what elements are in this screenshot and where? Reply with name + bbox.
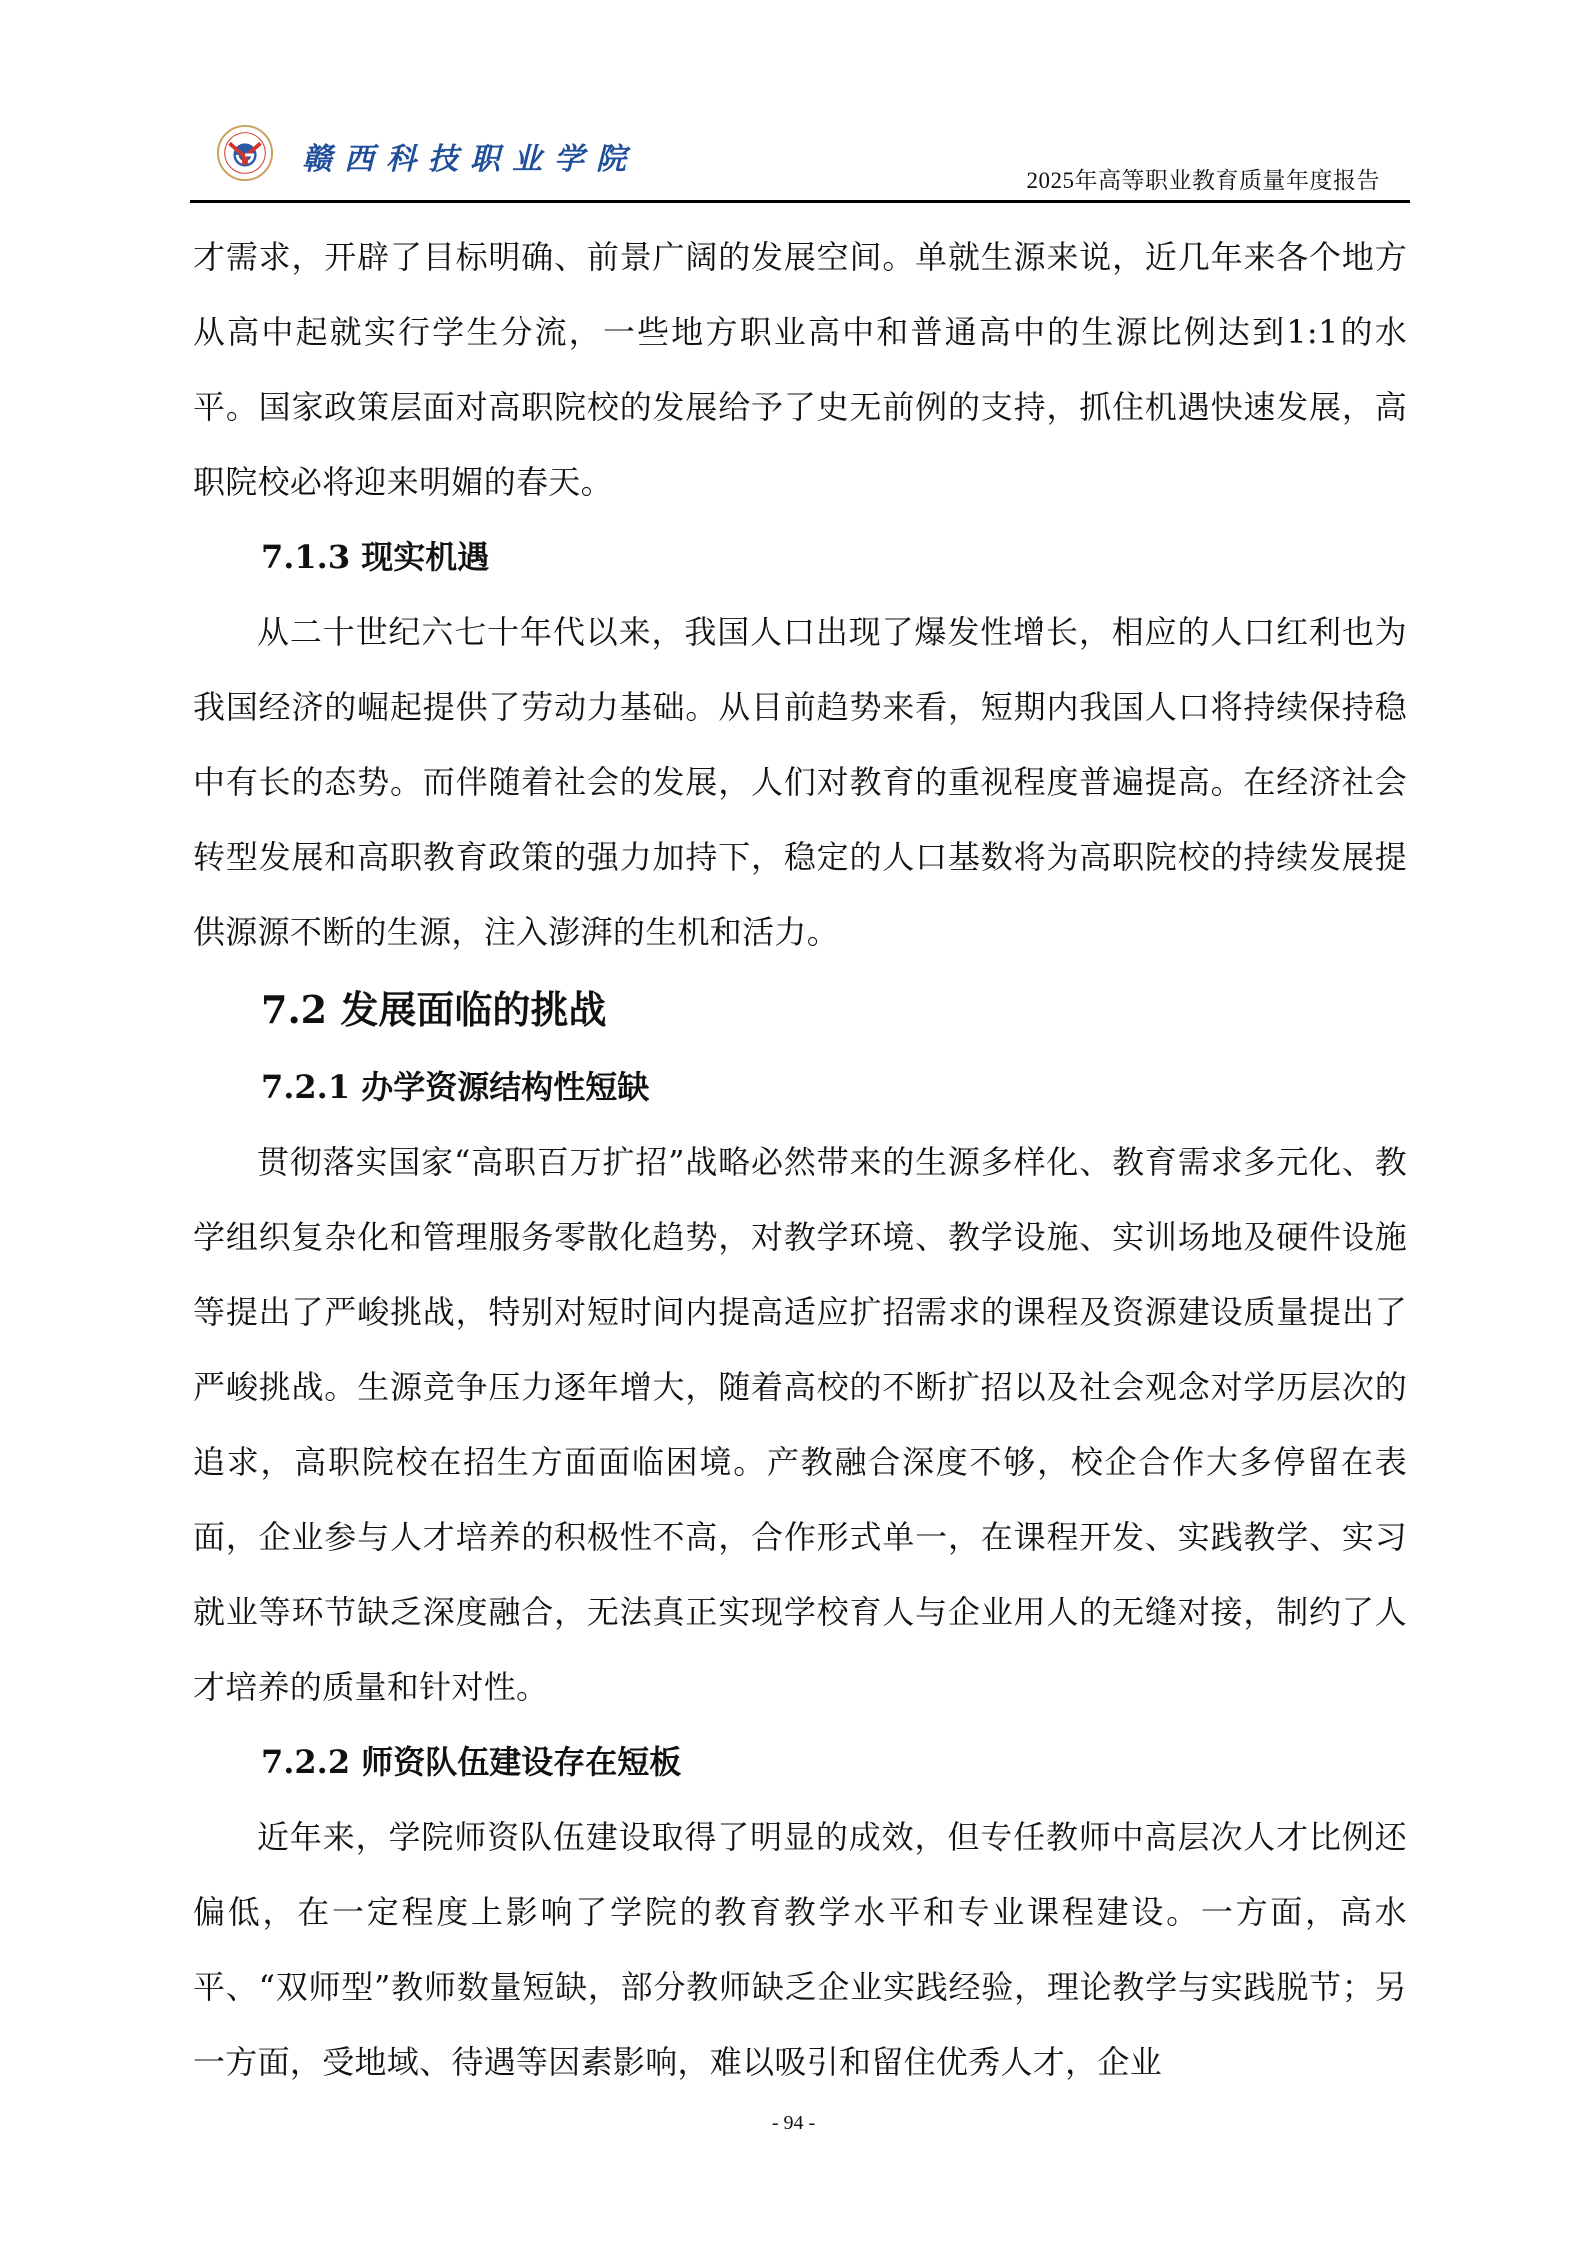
paragraph-population: 从二十世纪六七十年代以来，我国人口出现了爆发性增长，相应的人口红利也为我国经济的… xyxy=(193,595,1407,970)
paragraph-faculty: 近年来，学院师资队伍建设取得了明显的成效，但专任教师中高层次人才比例还偏低，在一… xyxy=(193,1800,1407,2100)
school-name: 赣西科技职业学院 xyxy=(302,134,638,178)
page-number: - 94 - xyxy=(0,2112,1587,2135)
page-content: 才需求，开辟了目标明确、前景广阔的发展空间。单就生源来说，近几年来各个地方从高中… xyxy=(193,220,1407,2100)
heading-7-2-1: 7.2.1 办学资源结构性短缺 xyxy=(193,1050,1407,1125)
paragraph-resource-shortage: 贯彻落实国家“高职百万扩招”战略必然带来的生源多样化、教育需求多元化、教学组织复… xyxy=(193,1125,1407,1725)
school-emblem-icon xyxy=(216,124,274,182)
heading-7-2-2: 7.2.2 师资队伍建设存在短板 xyxy=(193,1725,1407,1800)
heading-7-1-3: 7.1.3 现实机遇 xyxy=(193,520,1407,595)
heading-7-2: 7.2 发展面临的挑战 xyxy=(193,970,1407,1050)
paragraph-opportunity-policy: 才需求，开辟了目标明确、前景广阔的发展空间。单就生源来说，近几年来各个地方从高中… xyxy=(193,220,1407,520)
header-divider xyxy=(190,200,1410,203)
report-title: 2025年高等职业教育质量年度报告 xyxy=(1027,162,1381,195)
page-header: 赣西科技职业学院 2025年高等职业教育质量年度报告 xyxy=(190,118,1410,204)
